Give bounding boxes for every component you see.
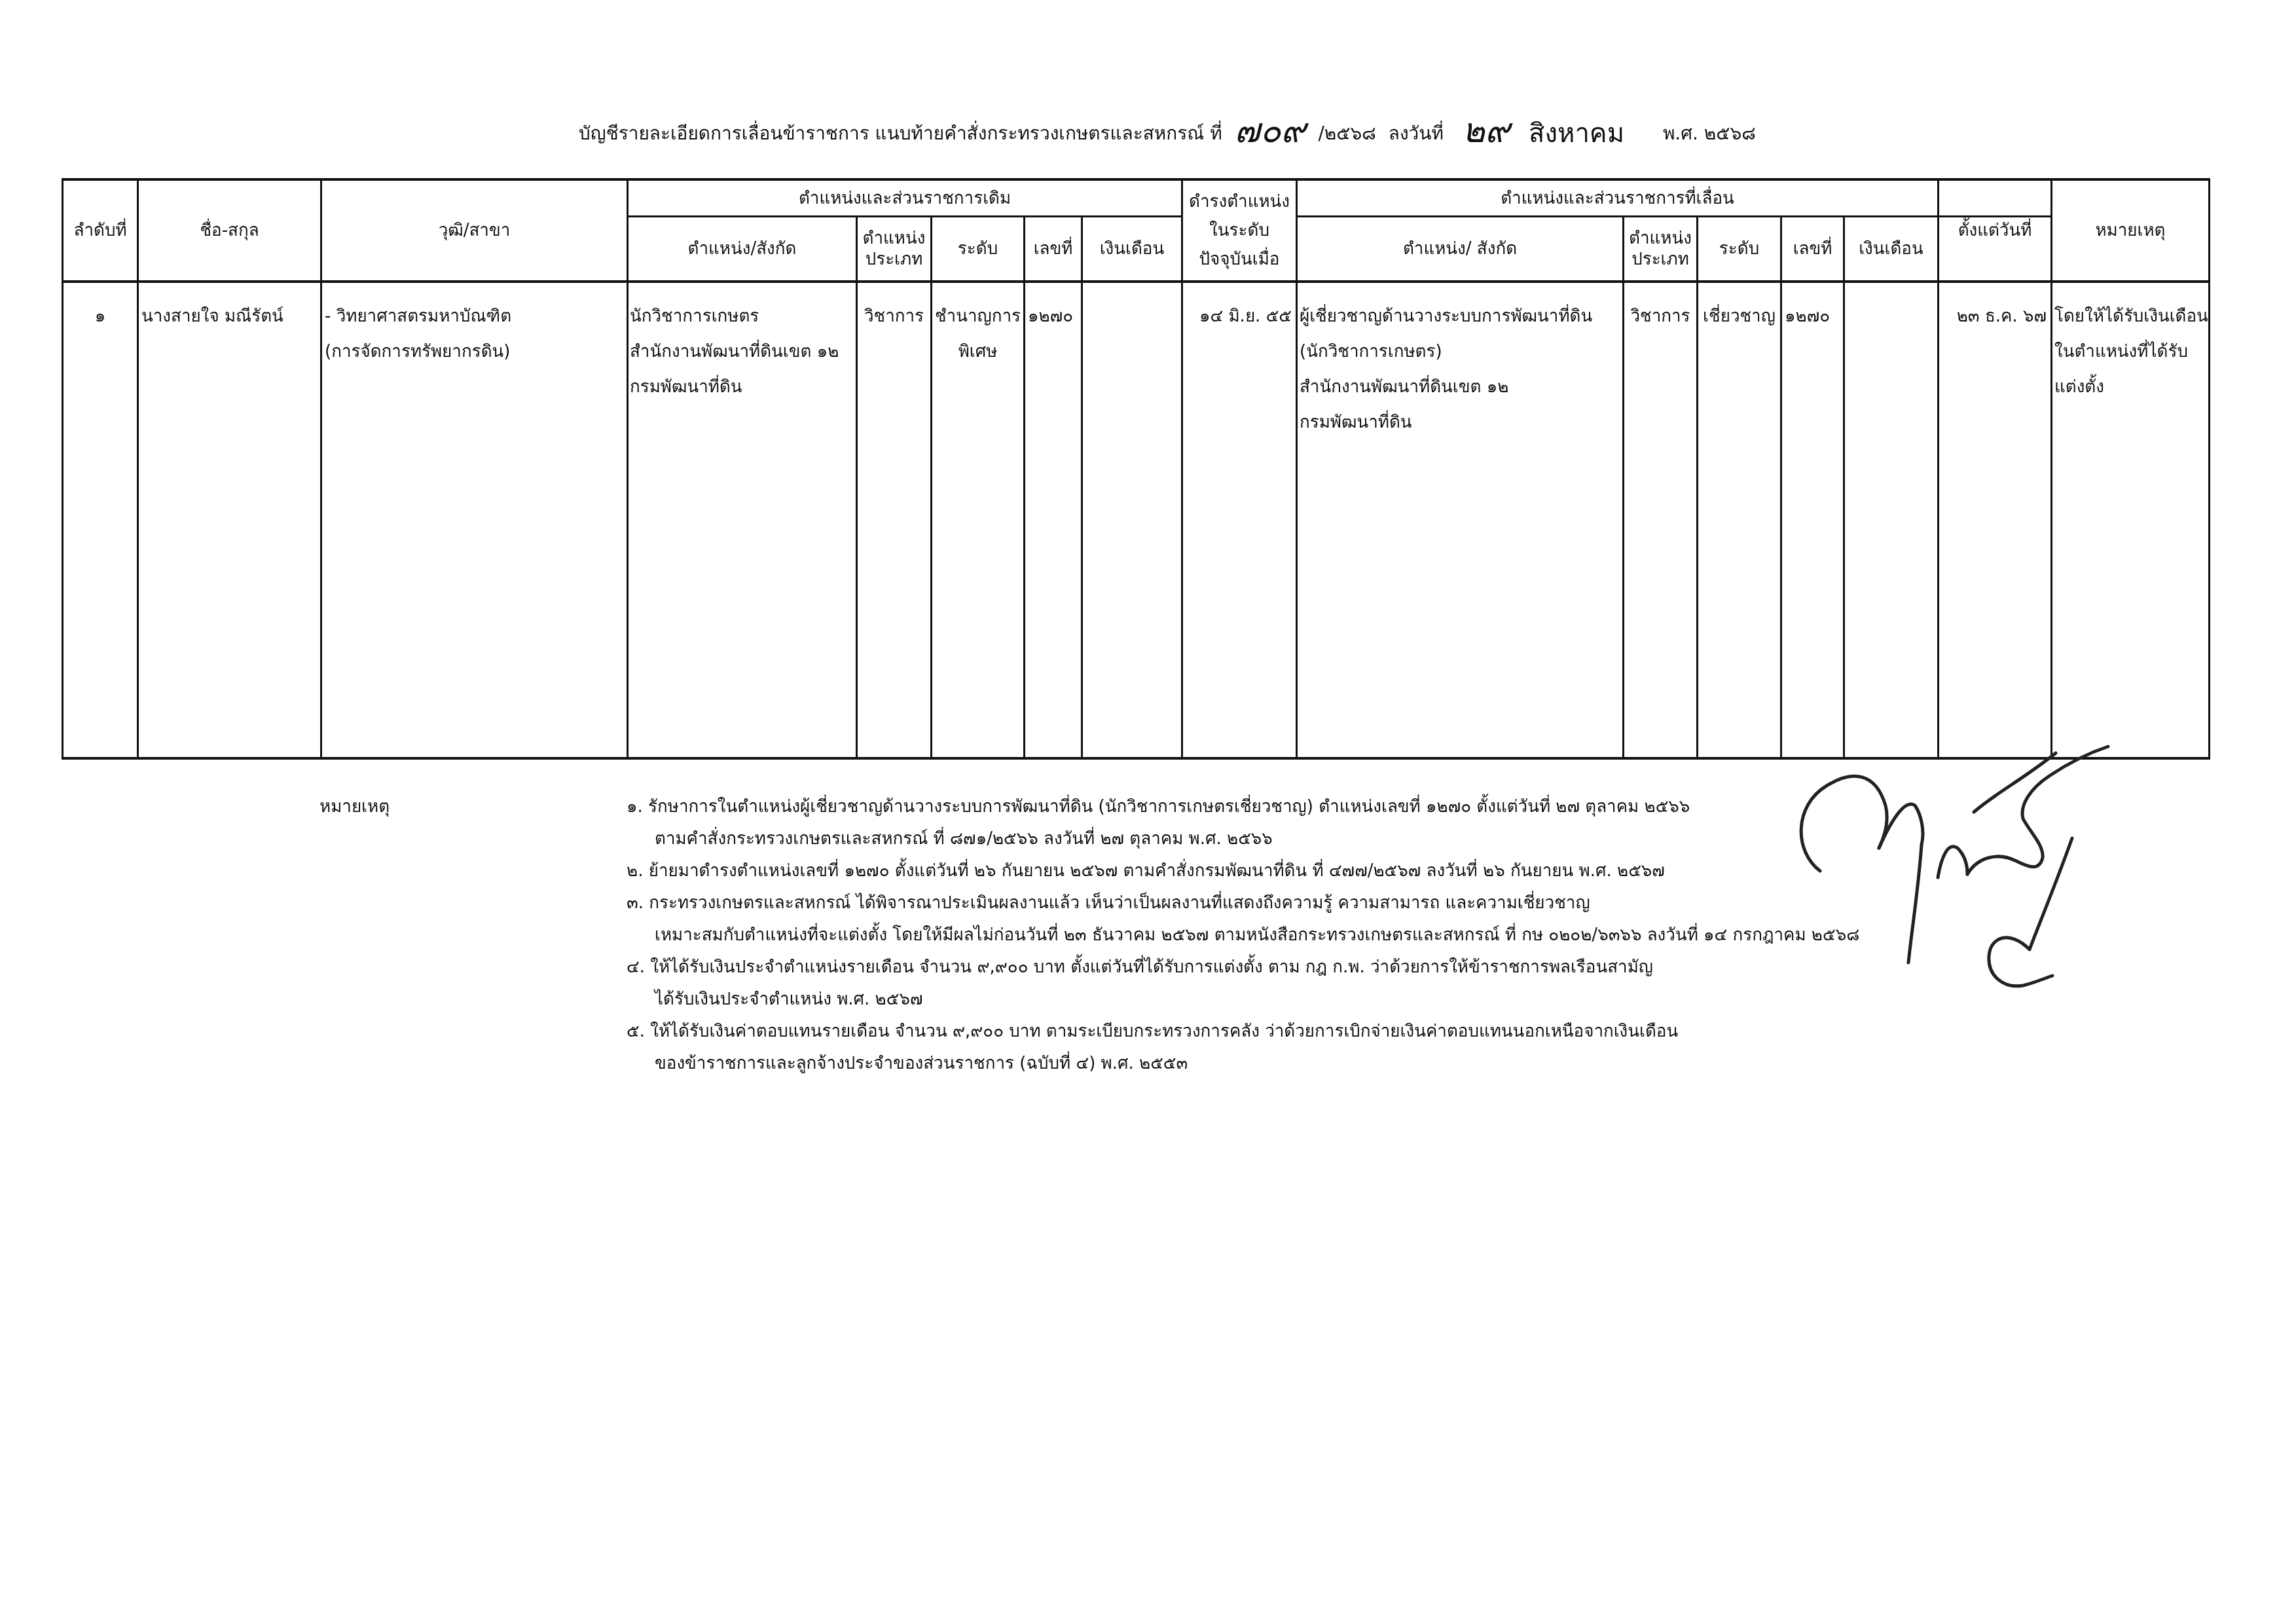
header-new-level: ระดับ [1698, 217, 1780, 280]
note-2-line1: ๒. ย้ายมาดำรงตำแหน่งเลขที่ ๑๒๗๐ ตั้งแต่ว… [627, 855, 1665, 887]
header-old-group: ตำแหน่งและส่วนราชการเดิม [629, 181, 1181, 215]
header-new-type: ตำแหน่ง ประเภท [1624, 217, 1696, 280]
row-degree-line1: - วิทยาศาสตรมหาบัณฑิต [325, 299, 511, 334]
col-border [856, 215, 858, 760]
header-held-line2: ในระดับ [1209, 216, 1269, 245]
header-old-type-line1: ตำแหน่ง [863, 228, 926, 249]
row-new-type: วิชาการ [1624, 299, 1696, 334]
dated-label: ลงวันที่ [1389, 122, 1444, 144]
handwritten-signature-icon [1781, 733, 2121, 1022]
col-border [930, 215, 932, 760]
header-new-type-line2: ประเภท [1631, 249, 1689, 270]
row-new-position: ผู้เชี่ยวชาญด้านวางระบบการพัฒนาที่ดิน (น… [1300, 299, 1592, 440]
row-old-level: ชำนาญการ พิเศษ [932, 299, 1023, 369]
note-5-line2: ของข้าราชการและลูกจ้างประจำของส่วนราชการ… [655, 1048, 1188, 1079]
row-new-number: ๑๒๗๐ [1785, 299, 1830, 334]
row-effective: ๒๓ ธ.ค. ๖๗ [1939, 299, 2047, 334]
row-old-position-line2: สำนักงานพัฒนาที่ดินเขต ๑๒ [630, 334, 839, 369]
row-new-position-line4: กรมพัฒนาที่ดิน [1300, 405, 1592, 440]
document-title: บัญชีรายละเอียดการเลื่อนข้าราชการ แนบท้า… [579, 111, 1762, 153]
title-prefix: บัญชีรายละเอียดการเลื่อนข้าราชการ แนบท้า… [579, 122, 1222, 144]
note-4-line2: ได้รับเงินประจำตำแหน่ง พ.ศ. ๒๕๖๗ [655, 984, 922, 1015]
header-old-level: ระดับ [932, 217, 1023, 280]
header-remarks: หมายเหตุ [2052, 181, 2208, 280]
header-new-salary: เงินเดือน [1845, 217, 1937, 280]
row-degree: - วิทยาศาสตรมหาบัณฑิต (การจัดการทรัพยากร… [325, 299, 511, 369]
note-5-line1: ๕. ให้ได้รับเงินค่าตอบแทนรายเดือน จำนวน … [627, 1016, 1678, 1047]
header-new-position: ตำแหน่ง/ สังกัด [1298, 217, 1622, 280]
note-3-line1: ๓. กระทรวงเกษตรและสหกรณ์ ได้พิจารณาประเม… [627, 887, 1590, 919]
row-old-level-line2: พิเศษ [932, 334, 1023, 369]
header-old-type-line2: ประเภท [866, 249, 923, 270]
order-day: ๒๙ [1463, 111, 1510, 151]
header-seq: ลำดับที่ [64, 181, 137, 280]
note-4-line1: ๔. ให้ได้รับเงินประจำตำแหน่งรายเดือน จำน… [627, 951, 1653, 983]
col-border [1622, 215, 1624, 760]
header-degree: วุฒิ/สาขา [322, 181, 627, 280]
row-old-position-line1: นักวิชาการเกษตร [630, 299, 839, 334]
header-held-line3: ปัจจุบันเมื่อ [1199, 245, 1280, 274]
row-seq: ๑ [64, 299, 137, 334]
row-old-number: ๑๒๗๐ [1028, 299, 1073, 334]
row-remarks-line2: ในตำแหน่งที่ได้รับ [2054, 334, 2208, 369]
row-old-level-line1: ชำนาญการ [932, 299, 1023, 334]
order-month: สิงหาคม [1529, 119, 1624, 149]
header-old-number: เลขที่ [1025, 217, 1081, 280]
header-effective: ตั้งแต่วันที่ [1939, 181, 2050, 280]
note-1-line1: ๑. รักษาการในตำแหน่งผู้เชี่ยวชาญด้านวางร… [627, 791, 1690, 822]
header-old-position: ตำแหน่ง/สังกัด [629, 217, 856, 280]
row-old-position: นักวิชาการเกษตร สำนักงานพัฒนาที่ดินเขต ๑… [630, 299, 839, 405]
order-year: /๒๕๖๘ [1318, 122, 1376, 144]
row-remarks-line3: แต่งตั้ง [2054, 369, 2208, 405]
col-border [2208, 178, 2210, 760]
col-border [1081, 215, 1083, 760]
row-new-position-line3: สำนักงานพัฒนาที่ดินเขต ๑๒ [1300, 369, 1592, 405]
row-new-level: เชี่ยวชาญ [1698, 299, 1780, 334]
row-held-since: ๑๔ มิ.ย. ๕๕ [1183, 299, 1292, 334]
header-name: ชื่อ-สกุล [139, 181, 320, 280]
header-new-group: ตำแหน่งและส่วนราชการที่เลื่อน [1298, 181, 1937, 215]
row-old-type: วิชาการ [858, 299, 930, 334]
row-remarks-line1: โดยให้ได้รับเงินเดือน [2054, 299, 2208, 334]
order-number: ๗๐๙ [1235, 111, 1306, 151]
header-held-since: ดำรงตำแหน่ง ในระดับ ปัจจุบันเมื่อ [1183, 181, 1296, 280]
header-old-salary: เงินเดือน [1083, 217, 1181, 280]
note-3-line2: เหมาะสมกับตำแหน่งที่จะแต่งตั้ง โดยให้มีผ… [655, 919, 1859, 951]
header-new-number: เลขที่ [1782, 217, 1843, 280]
col-border [1696, 215, 1698, 760]
col-border [1023, 215, 1025, 760]
order-year-label: พ.ศ. ๒๕๖๘ [1663, 122, 1756, 144]
col-border [1780, 215, 1782, 760]
row-new-position-line2: (นักวิชาการเกษตร) [1300, 334, 1592, 369]
header-new-type-line1: ตำแหน่ง [1629, 228, 1692, 249]
row-name: นางสายใจ มณีรัตน์ [141, 299, 283, 334]
row-old-position-line3: กรมพัฒนาที่ดิน [630, 369, 839, 405]
header-bottom-border [62, 280, 2210, 283]
notes-label: หมายเหตุ [319, 791, 390, 822]
header-old-type: ตำแหน่ง ประเภท [858, 217, 930, 280]
note-1-line2: ตามคำสั่งกระทรวงเกษตรและสหกรณ์ ที่ ๘๗๑/๒… [655, 823, 1273, 855]
header-held-line1: ดำรงตำแหน่ง [1189, 187, 1290, 216]
row-remarks: โดยให้ได้รับเงินเดือน ในตำแหน่งที่ได้รับ… [2054, 299, 2208, 405]
row-new-position-line1: ผู้เชี่ยวชาญด้านวางระบบการพัฒนาที่ดิน [1300, 299, 1592, 334]
col-border [1843, 215, 1845, 760]
row-degree-line2: (การจัดการทรัพยากรดิน) [325, 334, 511, 369]
